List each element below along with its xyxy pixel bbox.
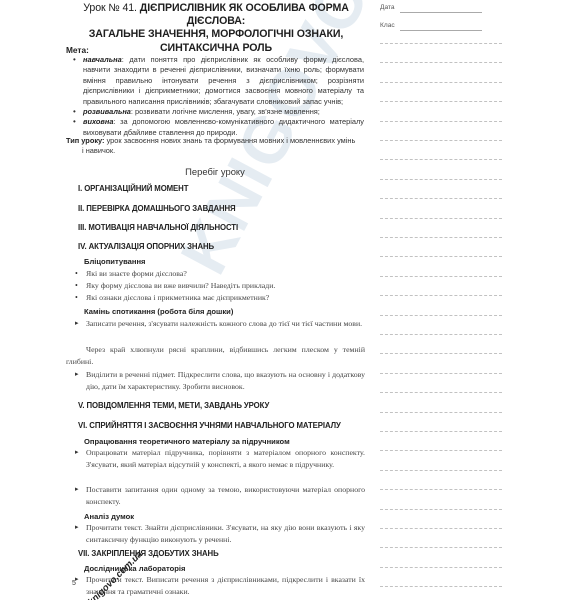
lesson-type-text: урок засвоєння нових знань та формування… — [105, 136, 356, 145]
section-heading: I. ОРГАНІЗАЦІЙНИЙ МОМЕНТ — [78, 184, 188, 193]
title-line-2: ЗАГАЛЬНЕ ЗНАЧЕННЯ, МОРФОЛОГІЧНІ ОЗНАКИ, — [89, 28, 343, 40]
question-text: Які ви знаєте форми дієслова? — [86, 269, 187, 278]
document-page: KNIGOVO.ORG.UA Урок № 41. ДІЄПРИСЛІВНИК … — [0, 0, 571, 600]
bullet-icon: • — [73, 117, 76, 127]
task-text: Поставити запитання один одному за темою… — [75, 484, 365, 507]
note-line[interactable] — [380, 489, 502, 490]
note-line[interactable] — [380, 353, 502, 354]
goal-term: виховна — [83, 117, 113, 126]
note-line[interactable] — [380, 295, 502, 296]
section-heading: VII. ЗАКРІПЛЕННЯ ЗДОБУТИХ ЗНАНЬ — [78, 549, 219, 558]
task-item: ▸ Поставити запитання один одному за тем… — [75, 484, 365, 507]
note-line[interactable] — [380, 547, 502, 548]
question-text: Які ознаки дієслова і прикметника має ді… — [86, 293, 269, 302]
note-line[interactable] — [380, 140, 502, 141]
page-number: 5 — [72, 580, 76, 587]
task-item: ▸ Опрацювати матеріал підручника, порівн… — [75, 447, 365, 470]
class-underline[interactable] — [400, 30, 482, 31]
question-item: •Які ви знаєте форми дієслова? — [75, 268, 365, 280]
note-line[interactable] — [380, 237, 502, 238]
task-text: Прочитати текст. Знайти дієприслівники. … — [75, 522, 365, 545]
goal-text: : за допомогою мовленнєво-комунікативног… — [83, 117, 364, 136]
note-line[interactable] — [380, 256, 502, 257]
page-title: Урок № 41. ДІЄПРИСЛІВНИК ЯК ОСОБЛИВА ФОР… — [66, 2, 366, 55]
question-item: •Яку форму дієслова ви вже вивчили? Наве… — [75, 280, 365, 292]
note-line[interactable] — [380, 82, 502, 83]
question-text: Яку форму дієслова ви вже вивчили? Навед… — [86, 281, 275, 290]
triangle-bullet-icon: ▸ — [75, 369, 79, 381]
note-line[interactable] — [380, 334, 502, 335]
goal-term: розвивальна — [83, 107, 131, 116]
date-field[interactable]: Дата — [380, 4, 395, 11]
note-line[interactable] — [380, 509, 502, 510]
note-line[interactable] — [380, 431, 502, 432]
note-line[interactable] — [380, 159, 502, 160]
note-line[interactable] — [380, 62, 502, 63]
lesson-type-label: Тип уроку: — [66, 136, 105, 145]
bullet-icon: • — [75, 292, 78, 304]
subsection-heading: Бліцопитування — [84, 257, 145, 266]
note-line[interactable] — [380, 315, 502, 316]
triangle-bullet-icon: ▸ — [75, 522, 79, 534]
date-label: Дата — [380, 4, 395, 11]
title-line-1: ДІЄПРИСЛІВНИК ЯК ОСОБЛИВА ФОРМА ДІЄСЛОВА… — [140, 2, 349, 27]
lesson-flow-title: Перебіг уроку — [66, 166, 364, 177]
lesson-type-text-cont: і навичок. — [66, 146, 364, 156]
task-text: Виділити в реченні підмет. Підкреслити с… — [75, 369, 365, 392]
note-line[interactable] — [380, 373, 502, 374]
question-item: •Які ознаки дієслова і прикметника має д… — [75, 292, 365, 304]
note-line[interactable] — [380, 101, 502, 102]
note-line[interactable] — [380, 470, 502, 471]
lesson-number: Урок № 41. — [83, 2, 137, 14]
goals-label: Мета: — [66, 45, 89, 55]
section-heading: V. ПОВІДОМЛЕННЯ ТЕМИ, МЕТИ, ЗАВДАНЬ УРОК… — [78, 401, 269, 410]
goal-text: : дати поняття про дієприслівник як особ… — [83, 55, 364, 106]
bullet-icon: • — [73, 107, 76, 117]
triangle-bullet-icon: ▸ — [75, 447, 79, 459]
section-heading: III. МОТИВАЦІЯ НАВЧАЛЬНОЇ ДІЯЛЬНОСТІ — [78, 223, 238, 232]
lesson-type: Тип уроку: урок засвоєння нових знань та… — [66, 136, 364, 157]
subsection-heading: Камінь спотикання (робота біля дошки) — [84, 307, 233, 316]
goal-item: • навчальна: дати поняття про дієприслів… — [70, 55, 364, 107]
task-item: ▸ Записати речення, з'ясувати належність… — [75, 318, 365, 330]
note-line[interactable] — [380, 528, 502, 529]
task-text: Опрацювати матеріал підручника, порівнят… — [75, 447, 365, 470]
goal-term: навчальна — [83, 55, 122, 64]
subsection-heading: Аналіз думок — [84, 512, 134, 521]
date-underline[interactable] — [400, 12, 482, 13]
note-line[interactable] — [380, 392, 502, 393]
triangle-bullet-icon: ▸ — [75, 484, 79, 496]
note-line[interactable] — [380, 218, 502, 219]
note-line[interactable] — [380, 586, 502, 587]
note-line[interactable] — [380, 567, 502, 568]
note-line[interactable] — [380, 121, 502, 122]
section-heading: II. ПЕРЕВІРКА ДОМАШНЬОГО ЗАВДАННЯ — [78, 204, 236, 213]
task-item: ▸ Виділити в реченні підмет. Підкреслити… — [75, 369, 365, 392]
note-line[interactable] — [380, 450, 502, 451]
title-line-3: СИНТАКСИЧНА РОЛЬ — [160, 42, 272, 54]
blitz-questions: •Які ви знаєте форми дієслова? •Яку форм… — [75, 268, 365, 305]
note-line[interactable] — [380, 276, 502, 277]
goal-text: : розвивати логічне мислення, увагу, зв'… — [131, 107, 320, 116]
subsection-heading: Опрацювання теоретичного матеріалу за пі… — [84, 437, 290, 446]
note-line[interactable] — [380, 412, 502, 413]
example-sentence: Через край хлюпнули рясні краплини, відб… — [66, 344, 365, 367]
task-text: Записати речення, з'ясувати належність к… — [75, 318, 365, 330]
section-heading: IV. АКТУАЛІЗАЦІЯ ОПОРНИХ ЗНАНЬ — [78, 242, 214, 251]
bullet-icon: • — [75, 280, 78, 292]
class-label: Клас — [380, 22, 395, 29]
note-line[interactable] — [380, 179, 502, 180]
note-line[interactable] — [380, 43, 502, 44]
bullet-icon: • — [75, 268, 78, 280]
section-heading: VI. СПРИЙНЯТТЯ І ЗАСВОЄННЯ УЧНЯМИ НАВЧАЛ… — [78, 421, 341, 430]
task-item: ▸ Прочитати текст. Знайти дієприслівники… — [75, 522, 365, 545]
note-line[interactable] — [380, 198, 502, 199]
triangle-bullet-icon: ▸ — [75, 318, 79, 330]
goal-item: • розвивальна: розвивати логічне мисленн… — [70, 107, 364, 117]
class-field[interactable]: Клас — [380, 22, 395, 29]
goals-list: • навчальна: дати поняття про дієприслів… — [70, 55, 364, 138]
bullet-icon: • — [73, 55, 76, 65]
